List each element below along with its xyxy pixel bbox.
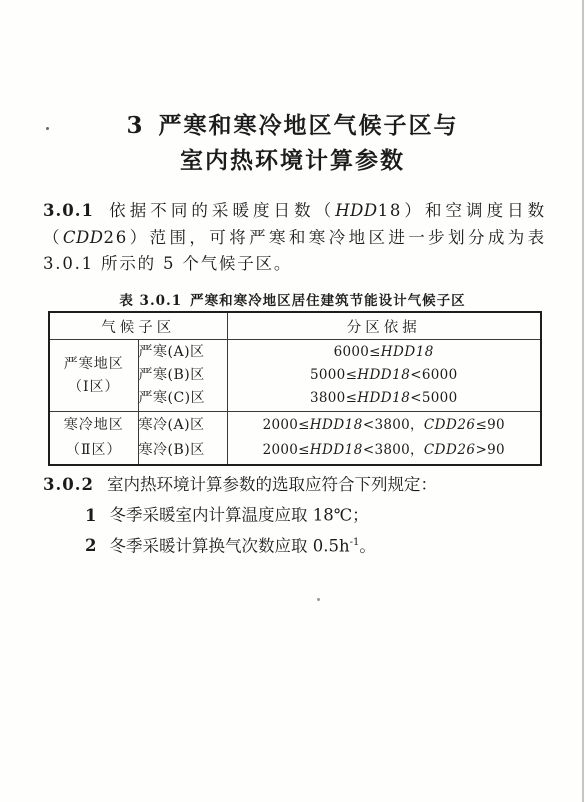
zone-label: 寒冷(B)区 (139, 438, 227, 463)
clause-3-0-2-label: 3.0.2 (43, 475, 94, 494)
table-row-severe-cold: 严寒地区 （Ⅰ区） 严寒(A)区 严寒(B)区 严寒(C)区 6000≤HDD1… (49, 340, 541, 412)
header-climate-subzone: 气候子区 (49, 312, 227, 340)
clause-3-0-2-text: 室内热环境计算参数的选取应符合下列规定： (107, 475, 437, 494)
table-header-row: 气候子区 分区依据 (49, 312, 541, 340)
cdd26-symbol: CDD (63, 228, 104, 247)
region-zone-number: （Ⅱ区） (50, 438, 138, 463)
chapter-number: 3 (126, 112, 142, 139)
scanned-document-page: 3严寒和寒冷地区气候子区与 室内热环境计算参数 3.0.1依据不同的采暖度日数（… (0, 0, 585, 802)
clause-3-0-2-item-1: 1冬季采暖室内计算温度应取 18℃； (85, 498, 546, 529)
criterion: 2000≤HDD18<3800，CDD26>90 (228, 438, 541, 463)
chapter-title-line2: 室内热环境计算参数 (0, 143, 585, 178)
chapter-title: 3严寒和寒冷地区气候子区与 室内热环境计算参数 (0, 108, 585, 178)
clause-3-0-2: 3.0.2室内热环境计算参数的选取应符合下列规定： 1冬季采暖室内计算温度应取 … (43, 471, 546, 559)
table-caption-title: 严寒和寒冷地区居住建筑节能设计气候子区 (190, 293, 466, 309)
region-name: 寒冷地区 (50, 413, 138, 438)
climate-subzone-table: 气候子区 分区依据 严寒地区 （Ⅰ区） 严寒(A)区 严寒(B)区 严寒(C)区… (48, 311, 542, 466)
chapter-title-line1: 3严寒和寒冷地区气候子区与 (0, 108, 585, 143)
region-cell-severe-cold: 严寒地区 （Ⅰ区） (49, 340, 138, 412)
zone-label: 严寒(A)区 (139, 341, 227, 364)
zone-label: 寒冷(A)区 (139, 413, 227, 438)
item-number: 2 (85, 536, 96, 555)
clause-3-0-1: 3.0.1依据不同的采暖度日数（HDD18）和空调度日数（CDD26）范围，可将… (43, 198, 546, 278)
table-row-cold: 寒冷地区 （Ⅱ区） 寒冷(A)区 寒冷(B)区 2000≤HDD18<3800，… (49, 412, 541, 466)
clause-3-0-1-text: 依据不同的采暖度日数（ (107, 201, 335, 220)
scan-speck (317, 598, 320, 601)
item-text: 冬季采暖室内计算温度应取 18℃； (109, 506, 368, 525)
zone-cell-severe-cold: 严寒(A)区 严寒(B)区 严寒(C)区 (138, 340, 227, 412)
region-zone-number: （Ⅰ区） (50, 376, 138, 399)
zone-label: 严寒(B)区 (139, 364, 227, 387)
criterion: 6000≤HDD18 (228, 341, 541, 364)
clause-3-0-1-text: 26）范围，可将严寒和寒冷地区进一步划分成为表 3.0.1 所示的 5 个气候子… (43, 228, 546, 274)
header-zoning-basis: 分区依据 (227, 312, 541, 340)
hdd18-symbol: HDD (335, 201, 377, 220)
criteria-cell-severe-cold: 6000≤HDD18 5000≤HDD18<6000 3800≤HDD18<50… (227, 340, 541, 412)
item-text: 冬季采暖计算换气次数应取 0.5h (109, 536, 349, 555)
chapter-title-text: 严寒和寒冷地区气候子区与 (159, 112, 459, 139)
region-cell-cold: 寒冷地区 （Ⅱ区） (49, 412, 138, 466)
clause-3-0-2-head: 3.0.2室内热环境计算参数的选取应符合下列规定： (43, 471, 546, 498)
item-tail: 。 (359, 536, 376, 555)
item-superscript: -1 (350, 537, 360, 548)
criterion: 5000≤HDD18<6000 (228, 364, 541, 387)
region-name: 严寒地区 (50, 353, 138, 376)
table-caption-number: 表 3.0.1 (119, 293, 182, 309)
table-caption: 表 3.0.1严寒和寒冷地区居住建筑节能设计气候子区 (0, 289, 585, 309)
criteria-cell-cold: 2000≤HDD18<3800，CDD26≤90 2000≤HDD18<3800… (227, 412, 541, 466)
item-number: 1 (85, 506, 96, 525)
criterion: 2000≤HDD18<3800，CDD26≤90 (228, 413, 541, 438)
zone-label: 严寒(C)区 (139, 387, 227, 410)
clause-3-0-1-label: 3.0.1 (43, 201, 94, 220)
criterion: 3800≤HDD18<5000 (228, 387, 541, 410)
zone-cell-cold: 寒冷(A)区 寒冷(B)区 (138, 412, 227, 466)
clause-3-0-2-item-2: 2冬季采暖计算换气次数应取 0.5h-1。 (85, 529, 546, 560)
